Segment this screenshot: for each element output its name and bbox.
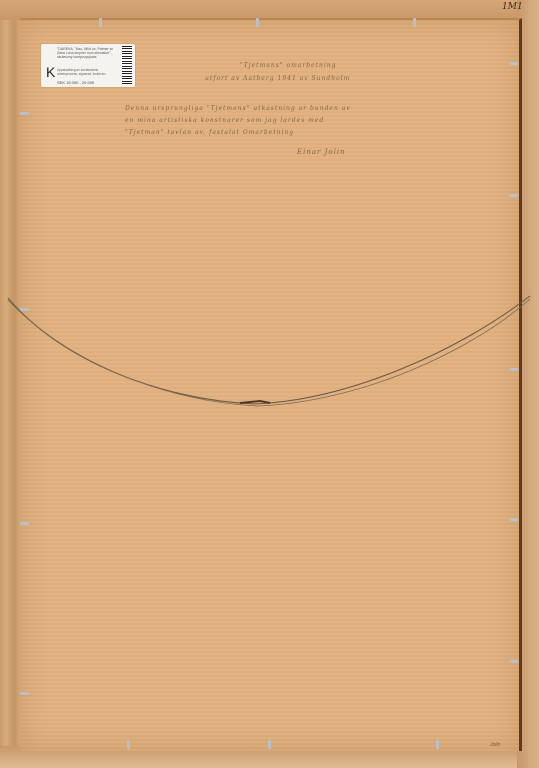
frame-clip bbox=[509, 518, 518, 521]
frame-clip bbox=[99, 18, 102, 27]
frame-clip bbox=[20, 522, 29, 525]
frame-clip bbox=[509, 660, 518, 663]
frame-clip bbox=[20, 308, 29, 311]
frame-clip bbox=[413, 18, 416, 27]
frame-clip bbox=[127, 740, 130, 749]
hanging-wire bbox=[0, 0, 539, 768]
frame-clip bbox=[509, 62, 518, 65]
frame-clip bbox=[20, 112, 29, 115]
frame-clip bbox=[509, 194, 518, 197]
frame-clip bbox=[20, 692, 29, 695]
frame-clip bbox=[256, 18, 259, 27]
frame-clip bbox=[436, 740, 439, 749]
frame-clip bbox=[268, 740, 271, 749]
frame-clip bbox=[509, 368, 518, 371]
